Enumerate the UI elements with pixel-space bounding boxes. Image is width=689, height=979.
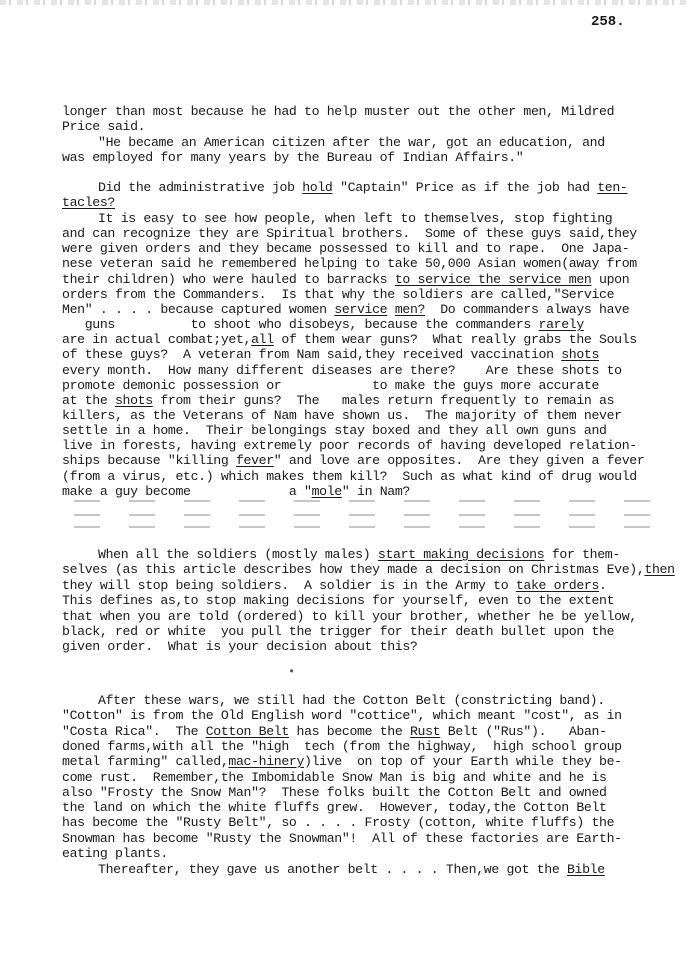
text-line: Men" . . . . because captured women serv… <box>62 302 629 317</box>
text-line: guns to shoot who disobeys, because the … <box>62 317 584 332</box>
text-line: were given orders and they became posses… <box>62 241 629 256</box>
text-line: black, red or white you pull the trigger… <box>62 624 614 639</box>
text-line: live in forests, having extremely poor r… <box>62 438 637 453</box>
text-line: of these guys? A veteran from Nam said,t… <box>62 347 599 362</box>
text-line: Thereafter, they gave us another belt . … <box>98 862 605 877</box>
text-line: they will stop being soldiers. A soldier… <box>62 578 607 593</box>
text-line: "He became an American citizen after the… <box>98 135 605 150</box>
text-line: at the shots from their guns? The males … <box>62 393 614 408</box>
text-line: are in actual combat;yet,all of them wea… <box>62 332 637 347</box>
text-line: eating plants. <box>62 846 168 861</box>
text-line: the land on which the white fluffs grew.… <box>62 800 607 815</box>
text-line: (from a virus, etc.) which makes them ki… <box>62 469 637 484</box>
text-line: tacles? <box>62 195 115 210</box>
text-line: nese veteran said he remembered helping … <box>62 256 637 271</box>
text-line: Snowman has become "Rusty the Snowman"! … <box>62 831 622 846</box>
text-line: selves (as this article describes how th… <box>62 562 675 577</box>
text-line: their children) who were hauled to barra… <box>62 272 629 287</box>
text-line: When all the soldiers (mostly males) sta… <box>98 547 620 562</box>
text-line: settle in a home. Their belongings stay … <box>62 423 607 438</box>
text-line: was employed for many years by the Burea… <box>62 150 523 165</box>
text-line: It is easy to see how people, when left … <box>98 211 612 226</box>
text-line: "Cotton" is from the Old English word "c… <box>62 708 622 723</box>
page-number: 258. <box>591 14 625 30</box>
text-line: come rust. Remember,the Imbomidable Snow… <box>62 770 607 785</box>
text-line: promote demonic possession or to make th… <box>62 378 599 393</box>
text-line: "Costa Rica". The Cotton Belt has become… <box>62 724 607 739</box>
text-line: doned farms,with all the "high tech (fro… <box>62 739 622 754</box>
text-line: and can recognize they are Spiritual bro… <box>62 226 637 241</box>
text-line: Price said. <box>62 119 145 134</box>
text-line: has become the "Rusty Belt", so . . . . … <box>62 815 614 830</box>
text-line: every month. How many different diseases… <box>62 363 622 378</box>
text-line: After these wars, we still had the Cotto… <box>98 693 605 708</box>
text-line: orders from the Commanders. Is that why … <box>62 287 614 302</box>
text-line: metal farming" called,mac-hinery)live on… <box>62 754 622 769</box>
scratched-out-text <box>60 492 660 536</box>
section-divider: • <box>288 665 295 679</box>
text-line: also "Frosty the Snow Man"? These folks … <box>62 785 607 800</box>
text-line: given order. What is your decision about… <box>62 639 418 654</box>
text-line: that when you are told (ordered) to kill… <box>62 609 637 624</box>
text-line: This defines as,to stop making decisions… <box>62 593 614 608</box>
text-line: killers, as the Veterans of Nam have sho… <box>62 408 622 423</box>
text-line: Did the administrative job hold "Captain… <box>98 180 628 195</box>
text-line: ships because "killing fever" and love a… <box>62 453 644 468</box>
text-line: longer than most because he had to help … <box>62 104 614 119</box>
scan-edge-noise <box>0 0 689 5</box>
